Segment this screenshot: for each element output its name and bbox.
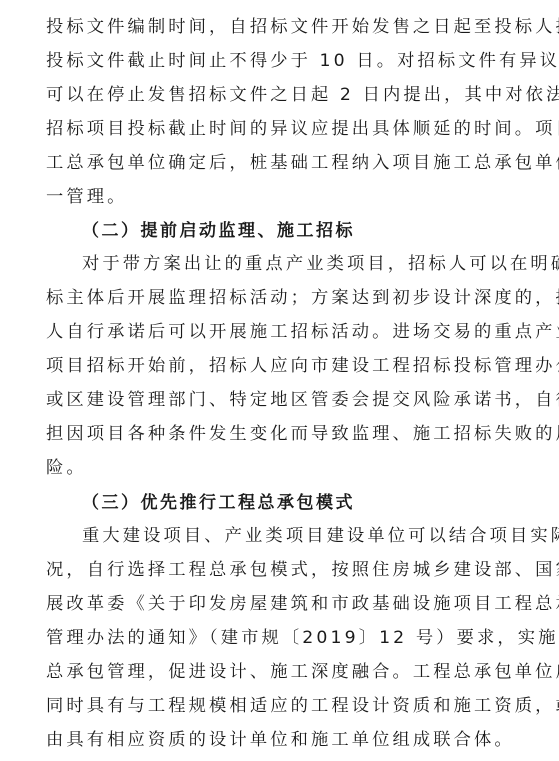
text-line: 一管理。: [46, 186, 128, 208]
text-line: 险。: [46, 457, 87, 479]
section-heading-3: （三）优先推行工程总承包模式: [82, 492, 355, 514]
text-line: 对于带方案出让的重点产业类项目，招标人可以在明确招: [82, 253, 486, 275]
text-line: 人自行承诺后可以开展施工招标活动。进场交易的重点产业类: [46, 321, 486, 343]
text-line: 担因项目各种条件发生变化而导致监理、施工招标失败的风: [46, 423, 486, 445]
text-line: 项目招标开始前，招标人应向市建设工程招标投标管理办公室: [46, 355, 486, 377]
text-line: 重大建设项目、产业类项目建设单位可以结合项目实际情: [82, 525, 486, 547]
text-line: 投标文件截止时间止不得少于 10 日。对招标文件有异议的，: [46, 50, 486, 72]
document-page: 投标文件编制时间，自招标文件开始发售之日起至投标人提交 投标文件截止时间止不得少…: [0, 0, 559, 761]
text-line: 总承包管理，促进设计、施工深度融合。工程总承包单位应当: [46, 661, 486, 683]
text-line: 展改革委《关于印发房屋建筑和市政基础设施项目工程总承包: [46, 593, 486, 615]
text-line: 招标项目投标截止时间的异议应提出具体顺延的时间。项目施: [46, 118, 486, 140]
text-line: 由具有相应资质的设计单位和施工单位组成联合体。: [46, 729, 515, 751]
text-line: 或区建设管理部门、特定地区管委会提交风险承诺书，自行承: [46, 389, 486, 411]
text-line: 管理办法的通知》（建市规〔2019〕12 号）要求，实施工程: [46, 627, 486, 649]
text-line: 同时具有与工程规模相适应的工程设计资质和施工资质，或者: [46, 695, 486, 717]
text-line: 投标文件编制时间，自招标文件开始发售之日起至投标人提交: [46, 16, 486, 38]
text-line: 标主体后开展监理招标活动；方案达到初步设计深度的，招标: [46, 287, 486, 309]
text-line: 可以在停止发售招标文件之日起 2 日内提出，其中对依法必须: [46, 84, 486, 106]
text-line: 况，自行选择工程总承包模式，按照住房城乡建设部、国家发: [46, 559, 486, 581]
text-line: 工总承包单位确定后，桩基础工程纳入项目施工总承包单位统: [46, 152, 486, 174]
section-heading-2: （二）提前启动监理、施工招标: [82, 220, 355, 242]
